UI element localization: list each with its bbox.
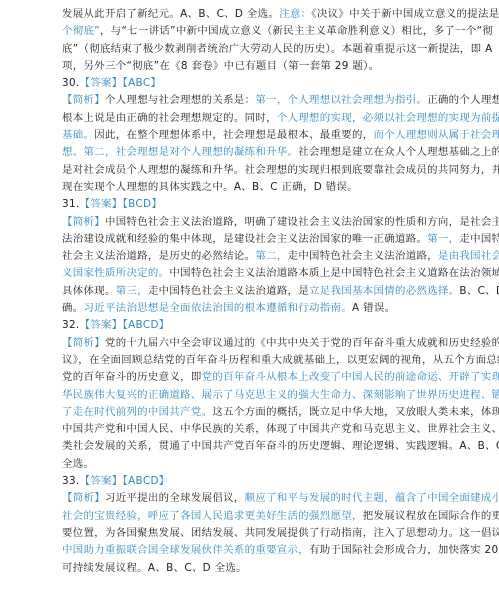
text-line: 类社会发展的关系，贯通了中国共产党百年奋斗的历史逻辑、理论逻辑、实践逻辑。A、B… [62, 438, 438, 455]
text-line: 发展从此开启了新纪元。A、B、C、D 全选。注意：《决议》中关于新中国成立意义的… [62, 6, 438, 23]
body-text: 党的十九届六中全会审议通过的《中共中央关于党的百年奋斗重大成就和历史经验的决 [105, 337, 499, 349]
question-number: 33. [62, 475, 80, 487]
text-line: 可持续发展议程。A、B、C、D 全选。 [62, 560, 438, 577]
body-text: 类社会发展的关系，贯通了中国共产党百年奋斗的历史逻辑、理论逻辑、实践逻辑。A、B… [62, 440, 499, 452]
body-text: 把发展议程放在国际合作的更重 [363, 510, 499, 522]
text-line: 党的百年奋斗的历史意义，即党的百年奋斗从根本上改变了中国人民的前途命运、开辟了实… [62, 369, 438, 386]
text-line: 【简析】个人理想与社会理想的关系是：第一，个人理想以社会理想为指引。正确的个人理… [62, 92, 438, 109]
body-text: 习近平提出的全球发展倡议， [105, 492, 245, 504]
body-text: 《决议》中关于新中国成立意义的提法是 [311, 8, 499, 20]
text-line: 全选。 [62, 456, 438, 473]
body-text: 全选。 [62, 458, 94, 470]
highlighted-text: 华民族伟大复兴的正确道路、展示了马克思主义的强大生命力、深刻影响了世界历史进程、… [62, 389, 499, 401]
text-line: 现在实现个人理想的具体实践之中。A、B、C 正确，D 错误。 [62, 179, 438, 196]
text-line: 【简析】党的十九届六中全会审议通过的《中共中央关于党的百年奋斗重大成就和历史经验… [62, 335, 438, 352]
body-text: 有助于国际社会形成合力，加快落实 2030 年 [309, 544, 499, 556]
body-text: 社会主义法治道路，是历史的必然结论。 [62, 250, 255, 262]
highlighted-text: 第一， [427, 233, 459, 245]
body-text: 因此，在整个理想体系中，社会理想是最根本、最重要的， [94, 129, 373, 141]
body-text: 走中国特色 [459, 233, 499, 245]
question-number: 32. [62, 319, 80, 331]
answer-label: 【答案】【ABCD】 [80, 475, 170, 487]
answer-line: 32.【答案】【ABCD】 [62, 317, 438, 334]
body-text: 走中国特色社会主义法治道路， [288, 250, 438, 262]
text-line: 底”（彻底结束了极少数剥削者统治广大劳动人民的历史）。本题着重提示这一新提法，即… [62, 41, 438, 58]
body-text: A 错误。 [352, 302, 395, 314]
body-text: 可持续发展议程。A、B、C、D 全选。 [62, 562, 247, 574]
question-number: 31. [62, 198, 80, 210]
text-line: 议》，在全面回顾总结党的百年奋斗历程和重大成就基础上，以更宏阔的视角，从五个方面… [62, 352, 438, 369]
highlighted-text: 党的百年奋斗从根本上改变了中国人民的前途命运、开辟了实现中 [202, 371, 499, 383]
highlighted-text: 第一，个人理想以社会理想为指引。 [255, 94, 427, 106]
text-line: 【简析】习近平提出的全球发展倡议，顺应了和平与发展的时代主题，蕴含了中国全面建成… [62, 490, 438, 507]
text-line: 华民族伟大复兴的正确道路、展示了马克思主义的强大生命力、深刻影响了世界历史进程、… [62, 387, 438, 404]
highlighted-text: 是由我国社会主 [438, 250, 499, 262]
body-text: 发展从此开启了新纪元。A、B、C、D 全选。 [62, 8, 279, 20]
body-text: 社会理想是建立在众人个人理想基础之上的， [298, 146, 499, 158]
body-text: 根本上说是由正确的社会理想规定的。同时， [62, 112, 277, 124]
text-line: 根本上说是由正确的社会理想规定的。同时，个人理想的实现，必须以社会理想的实现为前… [62, 110, 438, 127]
text-line: 了走在时代前列的中国共产党。这五个方面的概括，既立足中华大地，又放眼人类未来，体… [62, 404, 438, 421]
text-line: 基础。因此，在整个理想体系中，社会理想是最根本、最重要的，而个人理想则从属于社会… [62, 127, 438, 144]
highlighted-text: 【简析】 [62, 94, 105, 106]
highlighted-text: 个彻底” [62, 25, 100, 37]
highlighted-text: 想。第二，社会理想是对个人理想的凝练和升华。 [62, 146, 298, 158]
body-text: 具体体现。 [62, 285, 116, 297]
body-text: 走中国特色社会主义法治道路，是 [148, 285, 309, 297]
highlighted-text: 立足我国基本国情的必然选择。 [309, 285, 459, 297]
text-line: 具体体现。第三，走中国特色社会主义法治道路，是立足我国基本国情的必然选择。B、C… [62, 283, 438, 300]
text-line: 【简析】中国特色社会主义法治道路，明确了建设社会主义法治国家的性质和方向，是社会… [62, 214, 438, 231]
body-text: 中国特色社会主义法治道路，明确了建设社会主义法治国家的性质和方向，是社会主义 [105, 216, 499, 228]
text-line: 项，另外三个“彻底”在《8 套卷》中已有题目（第一套第 29 题）。 [62, 58, 438, 75]
highlighted-text: 第二， [255, 250, 287, 262]
body-text: 是对社会成员个人理想的凝练和升华。社会理想的实现归根到底要靠社会成员的共同努力，… [62, 164, 499, 176]
highlighted-text: 而个人理想则从属于社会理 [374, 129, 499, 141]
highlighted-text: 义国家性质所决定的。 [62, 267, 169, 279]
body-text: 中国特色社会主义法治道路本质上是中国特色社会主义道路在法治领域的 [169, 267, 499, 279]
body-text: 确。 [62, 302, 83, 314]
body-text: B、C、D 正 [459, 285, 499, 297]
highlighted-text: 基础。 [62, 129, 94, 141]
text-line: 中国共产党和中国人民、中华民族的关系，体现了中国共产党和马克思主义、世界社会主义… [62, 421, 438, 438]
answer-label: 【答案】【ABC】 [80, 77, 162, 89]
text-line: 法治建设成就和经验的集中体现，是建设社会主义法治国家的唯一正确道路。第一，走中国… [62, 231, 438, 248]
document-page: 发展从此开启了新纪元。A、B、C、D 全选。注意：《决议》中关于新中国成立意义的… [62, 6, 438, 577]
answer-line: 31.【答案】【BCD】 [62, 196, 438, 213]
highlighted-text: 习近平法治思想是全面依法治国的根本遵循和行动指南。 [83, 302, 352, 314]
body-text: 议》，在全面回顾总结党的百年奋斗历程和重大成就基础上，以更宏阔的视角，从五个方面… [62, 354, 499, 366]
text-line: 义国家性质所决定的。中国特色社会主义法治道路本质上是中国特色社会主义道路在法治领… [62, 265, 438, 282]
body-text: 正确的个人理想从 [427, 94, 499, 106]
highlighted-text: 了走在时代前列的中国共产党。 [62, 406, 212, 418]
highlighted-text: 个人理想的实现，必须以社会理想的实现为前提和 [277, 112, 499, 124]
body-text: 党的百年奋斗的历史意义，即 [62, 371, 202, 383]
highlighted-text: 社会的宝贵经验，呼应了各国人民追求更美好生活的强烈愿望， [62, 510, 363, 522]
text-line: 中国助力重振联合国全球发展伙伴关系的重要宣示，有助于国际社会形成合力，加快落实 … [62, 542, 438, 559]
body-text: 法治建设成就和经验的集中体现，是建设社会主义法治国家的唯一正确道路。 [62, 233, 427, 245]
answer-line: 30.【答案】【ABC】 [62, 75, 438, 92]
body-text: ，与“七一讲话”中新中国成立意义（新民主主义革命胜利意义）相比，多了一个“彻 [100, 25, 493, 37]
body-text: 个人理想与社会理想的关系是： [105, 94, 255, 106]
body-text: 项，另外三个“彻底”在《8 套卷》中已有题目（第一套第 29 题）。 [62, 60, 379, 72]
body-text: 现在实现个人理想的具体实践之中。A、B、C 正确，D 错误。 [62, 181, 358, 193]
highlighted-text: 【简析】 [62, 492, 105, 504]
text-line: 确。习近平法治思想是全面依法治国的根本遵循和行动指南。A 错误。 [62, 300, 438, 317]
highlighted-text: 中国助力重振联合国全球发展伙伴关系的重要宣示， [62, 544, 309, 556]
body-text: 中国共产党和中国人民、中华民族的关系，体现了中国共产党和马克思主义、世界社会主义… [62, 423, 499, 435]
highlighted-text: 【简析】 [62, 216, 105, 228]
text-line: 社会的宝贵经验，呼应了各国人民追求更美好生活的强烈愿望，把发展议程放在国际合作的… [62, 508, 438, 525]
text-line: 想。第二，社会理想是对个人理想的凝练和升华。社会理想是建立在众人个人理想基础之上… [62, 144, 438, 161]
question-number: 30. [62, 77, 80, 89]
body-text: 这五个方面的概括，既立足中华大地，又放眼人类未来，体现了 [212, 406, 499, 418]
text-line: 社会主义法治道路，是历史的必然结论。第二，走中国特色社会主义法治道路，是由我国社… [62, 248, 438, 265]
body-text: 底”（彻底结束了极少数剥削者统治广大劳动人民的历史）。本题着重提示这一新提法，即… [62, 43, 493, 55]
highlighted-text: 注意： [279, 8, 311, 20]
answer-label: 【答案】【BCD】 [80, 198, 163, 210]
body-text: 要位置，为各国聚焦发展、团结发展、共同发展提供了行动指南，注入了思想动力。这一倡… [62, 527, 499, 539]
answer-label: 【答案】【ABCD】 [80, 319, 170, 331]
answer-line: 33.【答案】【ABCD】 [62, 473, 438, 490]
highlighted-text: 第三， [116, 285, 148, 297]
text-line: 是对社会成员个人理想的凝练和升华。社会理想的实现归根到底要靠社会成员的共同努力，… [62, 162, 438, 179]
highlighted-text: 【简析】 [62, 337, 105, 349]
text-line: 要位置，为各国聚焦发展、团结发展、共同发展提供了行动指南，注入了思想动力。这一倡… [62, 525, 438, 542]
highlighted-text: 顺应了和平与发展的时代主题，蕴含了中国全面建成小康 [245, 492, 499, 504]
text-line: 个彻底”，与“七一讲话”中新中国成立意义（新民主主义革命胜利意义）相比，多了一个… [62, 23, 438, 40]
